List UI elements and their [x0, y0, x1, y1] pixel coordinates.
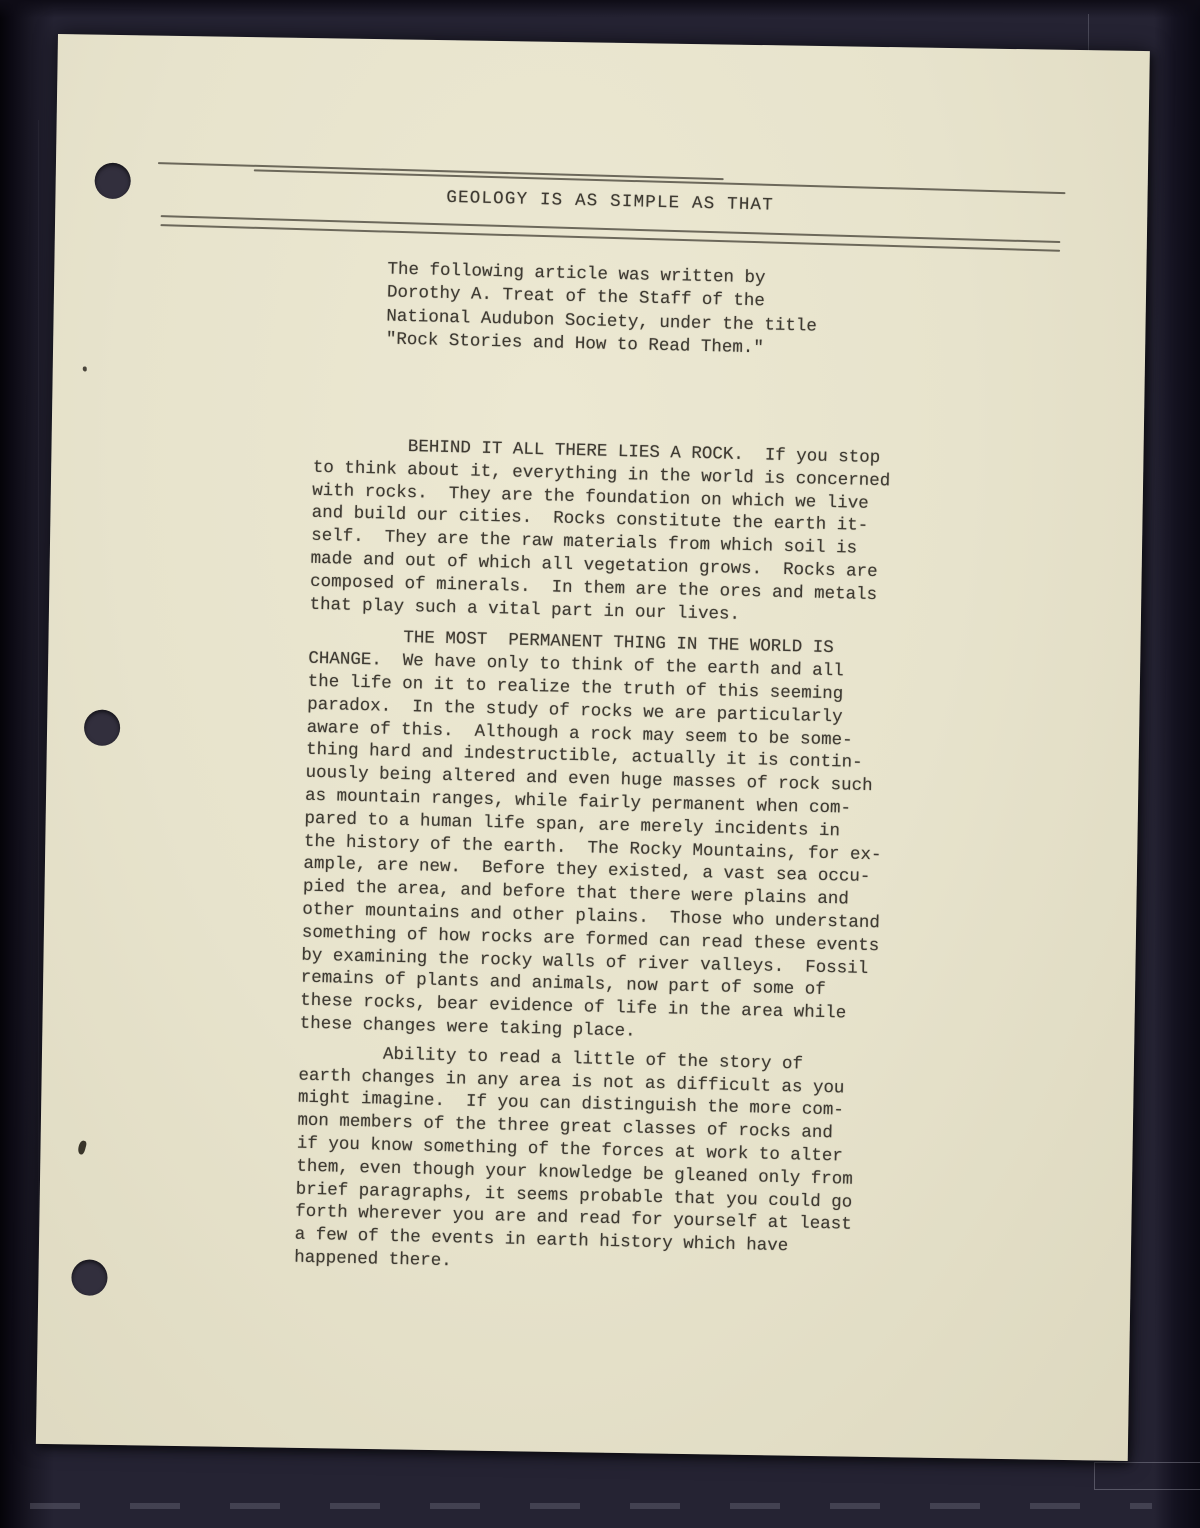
film-border-right — [1154, 0, 1200, 1528]
intro-attribution: The following article was written by Dor… — [386, 259, 819, 363]
paragraph-3: Ability to read a little of the story of… — [294, 1041, 909, 1283]
document-page: GEOLOGY IS AS SIMPLE AS THAT The followi… — [36, 34, 1150, 1461]
typed-content: GEOLOGY IS AS SIMPLE AS THAT The followi… — [26, 34, 1151, 1469]
title-rule-top-1 — [158, 162, 724, 180]
paragraph-1: BEHIND IT ALL THERE LIES A ROCK. If you … — [309, 434, 923, 631]
article-body: BEHIND IT ALL THERE LIES A ROCK. If you … — [294, 434, 924, 1284]
film-frame-marks — [30, 1503, 1152, 1509]
paragraph-2: THE MOST PERMANENT THING IN THE WORLD IS… — [299, 625, 918, 1050]
film-border-top — [0, 0, 1200, 18]
